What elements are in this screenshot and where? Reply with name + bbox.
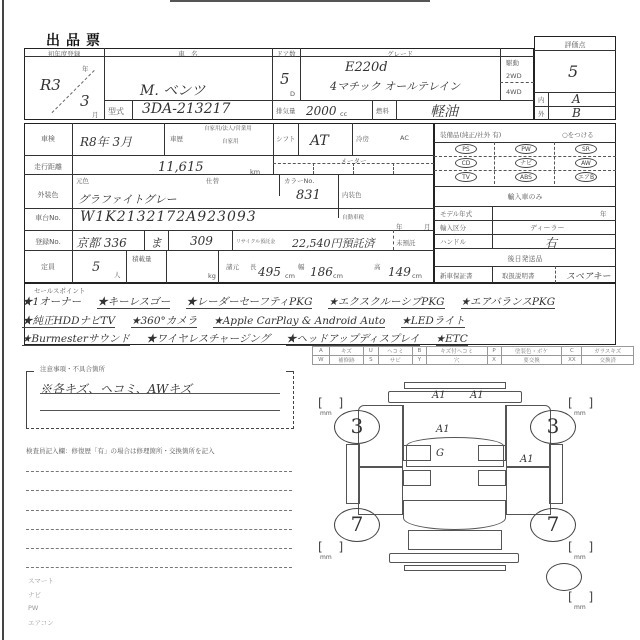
width-unit: cm (333, 272, 343, 280)
damage-mark-windshield: G (436, 448, 444, 459)
mm-unit: mm (574, 410, 586, 417)
divider (279, 174, 280, 196)
displacement-unit: cc (340, 110, 347, 118)
legend-code: W (313, 356, 330, 365)
right-door-part (478, 470, 506, 486)
height-unit: cm (412, 272, 422, 280)
notes-line (40, 410, 280, 411)
sales-point: ★ワイヤレスチャージング (146, 333, 270, 345)
capacity-value: 5 (92, 260, 100, 275)
divider (72, 123, 73, 283)
load-label: 積載量 (132, 254, 152, 263)
mm-unit: mm (320, 410, 332, 417)
legend-desc: 交換済 (582, 356, 634, 365)
option-aw: AW (575, 158, 597, 168)
bottom-label: PW (28, 604, 38, 612)
doors-value: 5 (280, 70, 290, 88)
sales-point: ★ヘッドアップディスプレイ (286, 333, 420, 346)
divider (393, 230, 394, 250)
legend-code: Y (412, 356, 426, 365)
fuel-label: 燃料 (376, 106, 389, 115)
divider (272, 48, 273, 120)
bottom-label: ナビ (28, 590, 41, 599)
legend-desc: キズ (329, 347, 363, 356)
model-year-label: モデル年式 (440, 209, 472, 218)
color-value: グラファイトグレー (78, 191, 177, 207)
damage-mark-front-right: A1 (470, 390, 484, 401)
rear-panel (389, 553, 519, 563)
recycle-fee: 22,540円預託済 (292, 235, 375, 251)
length-unit: cm (285, 272, 295, 280)
import-type-label: 輸入区分 (440, 223, 466, 232)
month-unit: 月 (92, 110, 99, 119)
legend-desc: キズ付ヘコミ (426, 347, 487, 356)
sales-point: ★LEDライト (401, 315, 465, 328)
width-value: 186 (310, 265, 333, 279)
legend-desc: 要交換 (501, 356, 562, 365)
legend-code: P (487, 347, 501, 356)
registration-label: 初年度登録 (24, 49, 104, 58)
legend-desc: 補修跡 (329, 356, 363, 365)
inspector-line (26, 471, 292, 472)
capacity-unit: 人 (114, 270, 121, 279)
dims-label: 諸元 (226, 262, 239, 271)
score-value: 5 (568, 62, 578, 81)
damage-mark-front-left: A1 (432, 390, 446, 401)
divider (500, 48, 501, 100)
drive-4wd: 4WD (506, 88, 522, 96)
sales-point: ★純正HDDナビTV (22, 315, 115, 328)
shift-label: シフト (276, 134, 296, 143)
bottom-label: エアコン (28, 618, 54, 627)
divider (273, 123, 274, 174)
bracket (26, 371, 34, 372)
import-type: ディーラー (530, 223, 564, 233)
recycle-label: リサイクル預託金 (236, 238, 275, 245)
mileage-value: 11,615 (158, 160, 204, 175)
divider (232, 230, 233, 250)
bracket-front-right: [ ] (568, 396, 599, 410)
tire-front-left: 3 (334, 410, 380, 444)
bracket-front-left: [ ] (318, 396, 349, 410)
displacement-label: 排気量 (276, 106, 296, 115)
color-no: 831 (296, 188, 321, 203)
shift-value: AT (310, 133, 329, 149)
legend-desc: ガラスキズ (582, 347, 634, 356)
divider (218, 250, 219, 283)
divider (534, 50, 616, 51)
equipment-header: 装備品(純正/社外 有) (440, 130, 501, 139)
year-unit: 年 (82, 64, 89, 73)
page-title: 出品票 (46, 30, 106, 50)
plate-kana: ま (150, 234, 162, 251)
rear-window (403, 500, 506, 530)
sales-point: ★エアバランスPKG (461, 296, 556, 309)
divider (434, 266, 616, 267)
option-pw: PW (515, 144, 537, 154)
option-cd: CD (455, 158, 477, 168)
vin-label: 車台No. (24, 213, 72, 223)
front-panel (388, 391, 522, 403)
sales-point: ★キーレスゴー (97, 296, 170, 309)
divider (434, 206, 616, 207)
divider (164, 123, 165, 155)
legend-desc: 穴 (426, 356, 487, 365)
divider (393, 163, 394, 174)
option-abs: ABS (515, 172, 537, 182)
divider (24, 230, 434, 231)
inspector-line (26, 510, 292, 511)
tire-spare (546, 563, 582, 591)
divider (353, 163, 354, 174)
option-airbag: エアB (575, 172, 597, 182)
width-label: 幅 (298, 262, 305, 271)
left-line (360, 466, 403, 468)
divider (554, 142, 555, 184)
drive-2wd: 2WD (506, 72, 522, 80)
sales-point: ★エクスクルーシブPKG (328, 296, 444, 309)
bracket (26, 428, 294, 429)
exterior-label: 外 (538, 109, 545, 118)
legend-code: B (412, 347, 426, 356)
legend-code: A (313, 347, 330, 356)
grade-line1: E220d (345, 60, 388, 75)
sales-point: ★1オーナー (22, 296, 81, 308)
front-bumper (404, 382, 506, 389)
legend-desc: ヘコミ (378, 347, 412, 356)
equipment-hint: ○をつける (562, 130, 594, 139)
inspector-line (26, 529, 292, 530)
length-value: 495 (258, 265, 281, 279)
divider (434, 142, 616, 143)
height-value: 149 (388, 265, 411, 279)
history-value: 自家用 (222, 137, 239, 145)
divider (338, 174, 339, 218)
divider (492, 266, 493, 283)
inspection-value: R8年 3月 (80, 133, 132, 150)
divider (298, 123, 299, 155)
legend-code: S (364, 356, 378, 365)
car-name-label: 車 名 (104, 49, 272, 58)
trunk (408, 530, 502, 550)
load-unit: kg (208, 272, 216, 280)
doors-unit: D (290, 90, 295, 98)
divider (313, 163, 314, 174)
divider (132, 100, 133, 120)
rear-bumper (404, 565, 506, 571)
legend-code: X (487, 356, 501, 365)
divider (434, 220, 616, 221)
model-code: 3DA-213217 (142, 101, 230, 117)
ac-value: AC (400, 134, 409, 142)
right-mirror (549, 444, 563, 504)
divider (555, 266, 556, 283)
divider (434, 186, 616, 187)
scan-border (2, 0, 4, 640)
manual-label: 取扱説明書 (502, 271, 535, 280)
grade-line2: 4マチック オールテレイン (330, 78, 460, 94)
option-ps: PS (455, 144, 477, 154)
legend-code: XX (562, 356, 582, 365)
sales-points-line-3: ★Burmesterサウンド★ワイヤレスチャージング★ヘッドアップディスプレイ★… (22, 331, 484, 346)
recycle-status: 未預託 (396, 238, 416, 247)
option-tv: TV (455, 172, 477, 182)
divider (494, 142, 495, 184)
bracket-rear-right: [ ] (568, 540, 599, 554)
bracket-rear-left: [ ] (318, 540, 349, 554)
interior-color-label: 内装色 (342, 190, 362, 199)
divider (372, 100, 373, 120)
front-right-door-part (478, 445, 506, 461)
sales-point: ★ETC (436, 333, 468, 346)
sales-point: ★Apple CarPlay & Android Auto (213, 315, 385, 328)
divider (434, 156, 616, 157)
warranty-label: 新車保証書 (440, 271, 473, 280)
interior-label: 内 (538, 95, 545, 104)
legend-code: C (562, 347, 582, 356)
left-door-part (403, 470, 431, 486)
divider (492, 206, 493, 248)
inspector-line (26, 567, 292, 568)
plate-label: 登録No. (24, 237, 72, 247)
import-only-label: 輸入車のみ (434, 192, 616, 202)
mm-unit: mm (320, 554, 332, 561)
inspector-line (26, 548, 292, 549)
car-name: M. ベンツ (140, 80, 205, 100)
tire-rear-right: 7 (530, 508, 576, 542)
mm-unit: mm (574, 554, 586, 561)
model-label: 型式 (108, 106, 124, 117)
divider (24, 174, 434, 175)
sales-point: ★360°カメラ (131, 315, 197, 328)
height-label: 高 (374, 262, 381, 271)
tire-rear-left: 7 (334, 508, 380, 542)
length-label: 長 (250, 262, 257, 271)
front-left-door-part (403, 445, 431, 461)
later-shipment-label: 後日発送品 (434, 254, 616, 264)
bracket-spare: [ ] (568, 590, 599, 604)
bracket (286, 371, 294, 372)
notes-line (40, 393, 280, 394)
divider (434, 170, 616, 171)
option-navi: ナビ (515, 158, 537, 168)
legend-desc: サビ (378, 356, 412, 365)
damage-mark-hood: A1 (436, 424, 450, 435)
divider (548, 92, 549, 120)
interior-grade: A (572, 92, 581, 106)
doors-label: ドア数 (272, 49, 300, 58)
divider (434, 248, 616, 249)
divider (126, 250, 127, 283)
spare-key: スペアキー (566, 269, 611, 282)
original-color-label: 元色 (76, 176, 89, 185)
mm-unit: mm (574, 604, 586, 611)
divider (104, 48, 105, 120)
registration-month: 3 (80, 92, 90, 110)
capacity-label: 定員 (24, 262, 72, 272)
registration-era: R3 (40, 76, 61, 94)
sales-points-line-1: ★1オーナー★キーレスゴー★レーダーセーフティPKG★エクスクルーシブPKG★エ… (22, 294, 571, 309)
inspection-label: 車検 (24, 134, 72, 144)
notes-text: ※各キズ、ヘコミ、AWキズ (40, 380, 192, 397)
bottom-label: スマート (28, 576, 54, 585)
color-label: 外装色 (24, 190, 72, 200)
divider (144, 230, 145, 250)
divider (168, 230, 169, 250)
displacement: 2000 (306, 104, 337, 118)
score-label: 評価点 (534, 40, 616, 50)
drive-label: 駆動 (506, 58, 519, 67)
divider (500, 82, 534, 83)
changed-color-label: 仕替 (206, 176, 219, 185)
grade-label: グレード (300, 49, 500, 58)
divider (352, 123, 353, 155)
tire-front-right: 3 (530, 410, 576, 444)
exterior-grade: B (572, 106, 581, 120)
sales-point: ★Burmesterサウンド (22, 333, 130, 346)
fuel-value: 軽油 (430, 101, 458, 121)
scan-border-top (170, 0, 430, 2)
legend-desc: 塗装色・ボケ (501, 347, 562, 356)
legend-code: U (364, 347, 378, 356)
plate-region: 京都 336 (76, 234, 127, 251)
history-label: 車歴 (170, 134, 183, 143)
vin-value: W1K2132172A923093 (80, 209, 257, 225)
model-year-unit: 年 (600, 209, 607, 218)
divider (166, 250, 167, 283)
color-no-label: カラーNo. (284, 176, 314, 185)
ac-label: 冷房 (356, 134, 369, 143)
sales-point: ★レーダーセーフティPKG (186, 296, 312, 309)
plate-number: 309 (190, 234, 213, 248)
left-mirror (346, 444, 360, 504)
mileage-label: 走行距離 (24, 162, 72, 172)
option-sr: SR (575, 144, 597, 154)
damage-mark-right-fender: A1 (520, 454, 534, 465)
divider (24, 250, 434, 251)
inspector-line (26, 490, 292, 491)
sales-points-line-2: ★純正HDDナビTV★360°カメラ★Apple CarPlay & Andro… (22, 313, 481, 328)
right-line (506, 466, 549, 468)
tax-label: 自動車税 (342, 213, 364, 221)
history-options: 自家用/法人/営業用 (204, 124, 252, 132)
divider (434, 234, 616, 235)
handle-label: ハンドル (440, 237, 466, 246)
inspector-label: 検査員記入欄：修復歴「有」の場合は修理箇所・交換箇所を記入 (26, 446, 215, 455)
damage-legend: Aキズ Uヘコミ Bキズ付ヘコミ P塗装色・ボケ Cガラスキズ W補修跡 Sサビ… (312, 346, 634, 365)
divider (396, 100, 397, 120)
